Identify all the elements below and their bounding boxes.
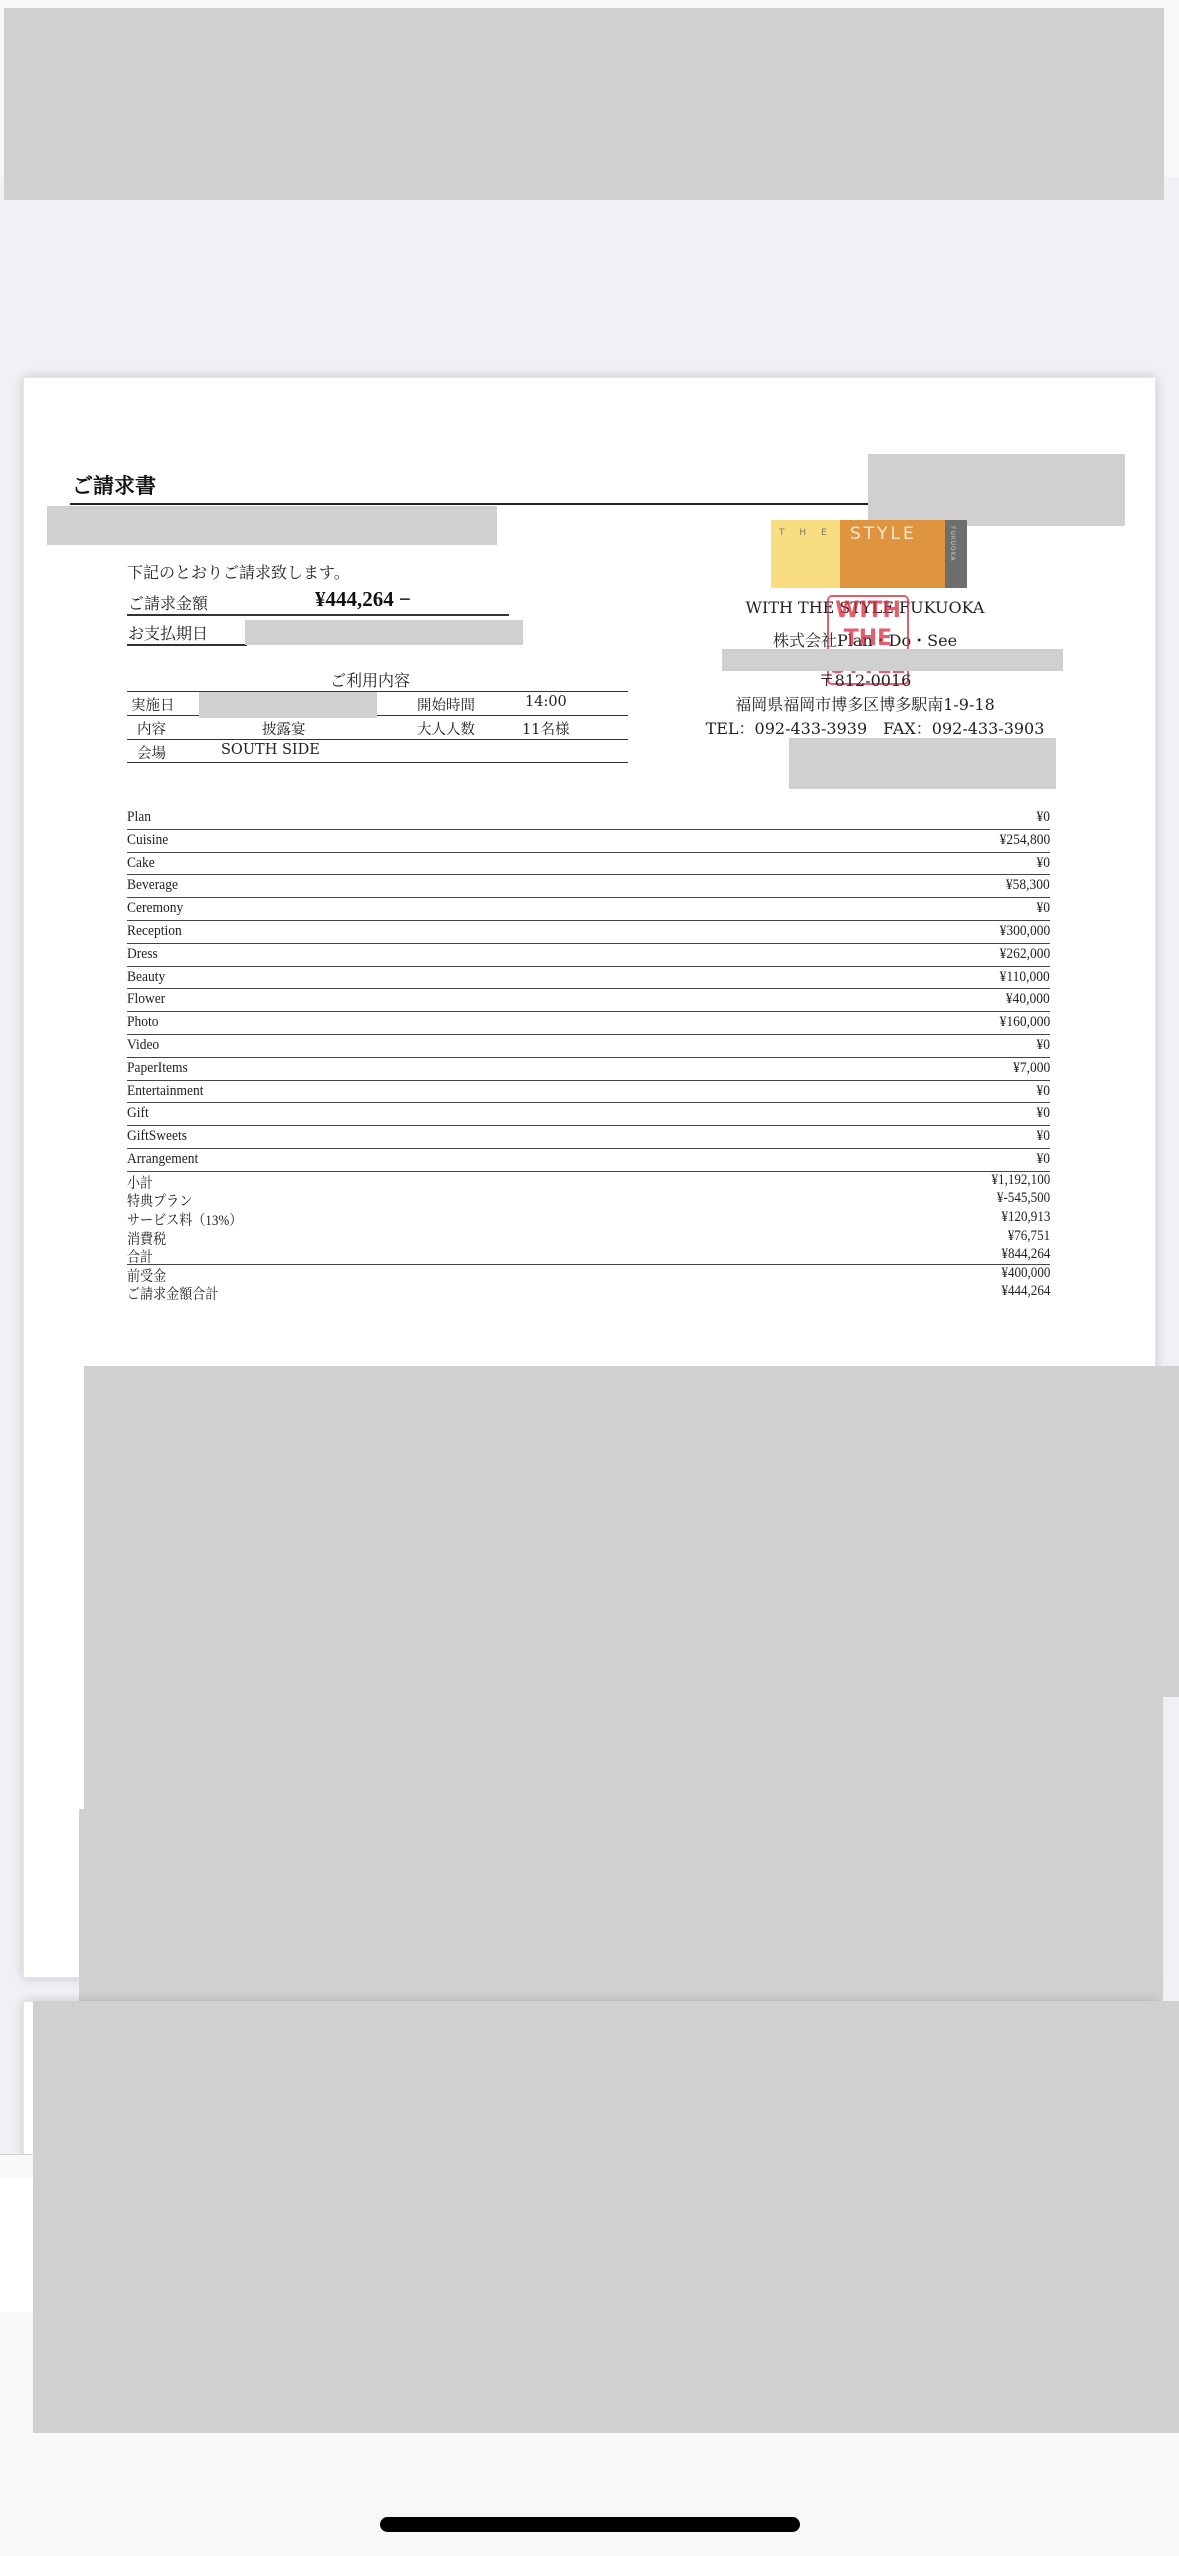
line-item-row: Flower¥40,000: [127, 989, 1050, 1012]
line-items-table: Plan¥0Cuisine¥254,800Cake¥0Beverage¥58,3…: [127, 807, 1050, 1302]
billing-amount-label: ご請求金額: [128, 591, 208, 614]
summary-row: 小計¥1,192,100: [127, 1172, 1050, 1191]
line-item-amount: ¥110,000: [1000, 969, 1050, 986]
line-item-amount: ¥0: [1037, 900, 1051, 917]
redacted-issuer-extra: [789, 738, 1056, 789]
usage-label: 内容: [137, 718, 166, 739]
summary-row: 前受金¥400,000: [127, 1265, 1050, 1284]
redacted-invoice-meta: [868, 454, 1125, 526]
usage-label: 会場: [137, 742, 166, 763]
usage-label: 大人人数: [417, 718, 475, 739]
line-item-label: Video: [127, 1037, 159, 1054]
line-item-amount: ¥40,000: [1006, 991, 1050, 1008]
line-item-row: Cake¥0: [127, 853, 1050, 876]
usage-label: 開始時間: [417, 694, 475, 715]
line-item-label: Plan: [127, 809, 151, 826]
line-item-row: Video¥0: [127, 1035, 1050, 1058]
intro-text: 下記のとおりご請求致します。: [127, 560, 350, 583]
redacted-region: [79, 1809, 1163, 2009]
payment-due-label: お支払期日: [128, 621, 208, 644]
line-item-amount: ¥58,300: [1006, 877, 1050, 894]
billing-amount-underline: [127, 614, 509, 616]
line-item-amount: ¥0: [1037, 1037, 1051, 1054]
summary-row: 特典プラン¥-545,500: [127, 1190, 1050, 1209]
line-item-amount: ¥160,000: [999, 1014, 1050, 1031]
line-item-row: Beauty¥110,000: [127, 967, 1050, 990]
invoice-title: ご請求書: [72, 470, 156, 500]
usage-value: SOUTH SIDE: [221, 742, 320, 758]
usage-row: 会場 SOUTH SIDE: [127, 739, 628, 763]
usage-row: 内容 披露宴 大人人数 11名様: [127, 715, 628, 739]
line-item-row: Ceremony¥0: [127, 898, 1050, 921]
issuer-postal: 〒812-0016: [700, 668, 1030, 691]
line-item-label: Cuisine: [127, 832, 168, 849]
line-item-row: Beverage¥58,300: [127, 875, 1050, 898]
venue-logo: T H E STYLE FUKUOKA: [771, 520, 967, 588]
line-item-amount: ¥300,000: [999, 923, 1050, 940]
redacted-payment-due: [245, 620, 523, 645]
redacted-region: [33, 2001, 1179, 2433]
summary-amount: ¥444,264: [1001, 1283, 1050, 1300]
summary-amount: ¥1,192,100: [991, 1172, 1050, 1189]
line-item-row: Reception¥300,000: [127, 921, 1050, 944]
issuer-contact: TEL：092-433-3939 FAX：092-433-3903: [680, 716, 1070, 739]
summary-row: サービス料（13%）¥120,913: [127, 1209, 1050, 1228]
summary-row: ご請求金額合計¥444,264: [127, 1283, 1050, 1302]
line-item-row: Dress¥262,000: [127, 944, 1050, 967]
line-item-row: Plan¥0: [127, 807, 1050, 830]
usage-value: 14:00: [525, 694, 567, 710]
line-item-amount: ¥262,000: [999, 946, 1050, 963]
line-item-label: Cake: [127, 855, 155, 872]
summary-row: 消費税¥76,751: [127, 1228, 1050, 1247]
line-item-row: Photo¥160,000: [127, 1012, 1050, 1035]
summary-amount: ¥-545,500: [997, 1190, 1050, 1207]
line-item-row: Arrangement¥0: [127, 1149, 1050, 1172]
line-item-label: PaperItems: [127, 1060, 188, 1077]
payment-due-underline: [127, 644, 247, 646]
summary-amount: ¥400,000: [1001, 1265, 1050, 1282]
line-item-row: Cuisine¥254,800: [127, 830, 1050, 853]
usage-heading: ご利用内容: [330, 668, 410, 691]
home-indicator[interactable]: [380, 2517, 800, 2532]
line-item-label: Entertainment: [127, 1083, 203, 1100]
line-item-label: Reception: [127, 923, 182, 940]
summary-row: 合計¥844,264: [127, 1246, 1050, 1265]
line-item-amount: ¥254,800: [999, 832, 1050, 849]
usage-value: 披露宴: [262, 718, 306, 739]
line-item-amount: ¥0: [1037, 809, 1051, 826]
redacted-region: [84, 1366, 1179, 1697]
line-item-label: Beauty: [127, 969, 165, 986]
title-underline: [70, 503, 870, 505]
line-item-amount: ¥0: [1037, 1083, 1051, 1100]
usage-value: 11名様: [522, 718, 569, 739]
line-item-label: Flower: [127, 991, 165, 1008]
line-item-amount: ¥0: [1037, 1128, 1051, 1145]
line-item-label: Dress: [127, 946, 158, 963]
line-item-label: Photo: [127, 1014, 159, 1031]
line-item-row: GiftSweets¥0: [127, 1126, 1050, 1149]
line-item-label: Beverage: [127, 877, 178, 894]
line-item-amount: ¥0: [1037, 1105, 1051, 1122]
redacted-recipient: [47, 506, 497, 545]
line-item-amount: ¥7,000: [1013, 1060, 1050, 1077]
line-item-amount: ¥0: [1037, 855, 1051, 872]
line-item-row: PaperItems¥7,000: [127, 1058, 1050, 1081]
line-item-row: Entertainment¥0: [127, 1081, 1050, 1104]
line-item-label: GiftSweets: [127, 1128, 187, 1145]
line-item-amount: ¥0: [1037, 1151, 1051, 1168]
summary-amount: ¥120,913: [1001, 1209, 1050, 1226]
issuer-address: 福岡県福岡市博多区博多駅南1-9-18: [680, 692, 1050, 715]
summary-amount: ¥844,264: [1001, 1246, 1050, 1263]
redacted-header-region: [4, 8, 1164, 200]
summary-amount: ¥76,751: [1008, 1228, 1050, 1245]
line-item-row: Gift¥0: [127, 1103, 1050, 1126]
line-item-label: Gift: [127, 1105, 149, 1122]
redacted-region: [84, 1690, 1163, 1810]
line-item-label: Ceremony: [127, 900, 183, 917]
usage-label: 実施日: [131, 694, 175, 715]
billing-amount-value: ¥444,264 −: [315, 587, 411, 612]
redacted-event-date: [199, 692, 377, 718]
line-item-label: Arrangement: [127, 1151, 198, 1168]
summary-label: ご請求金額合計: [127, 1283, 218, 1304]
